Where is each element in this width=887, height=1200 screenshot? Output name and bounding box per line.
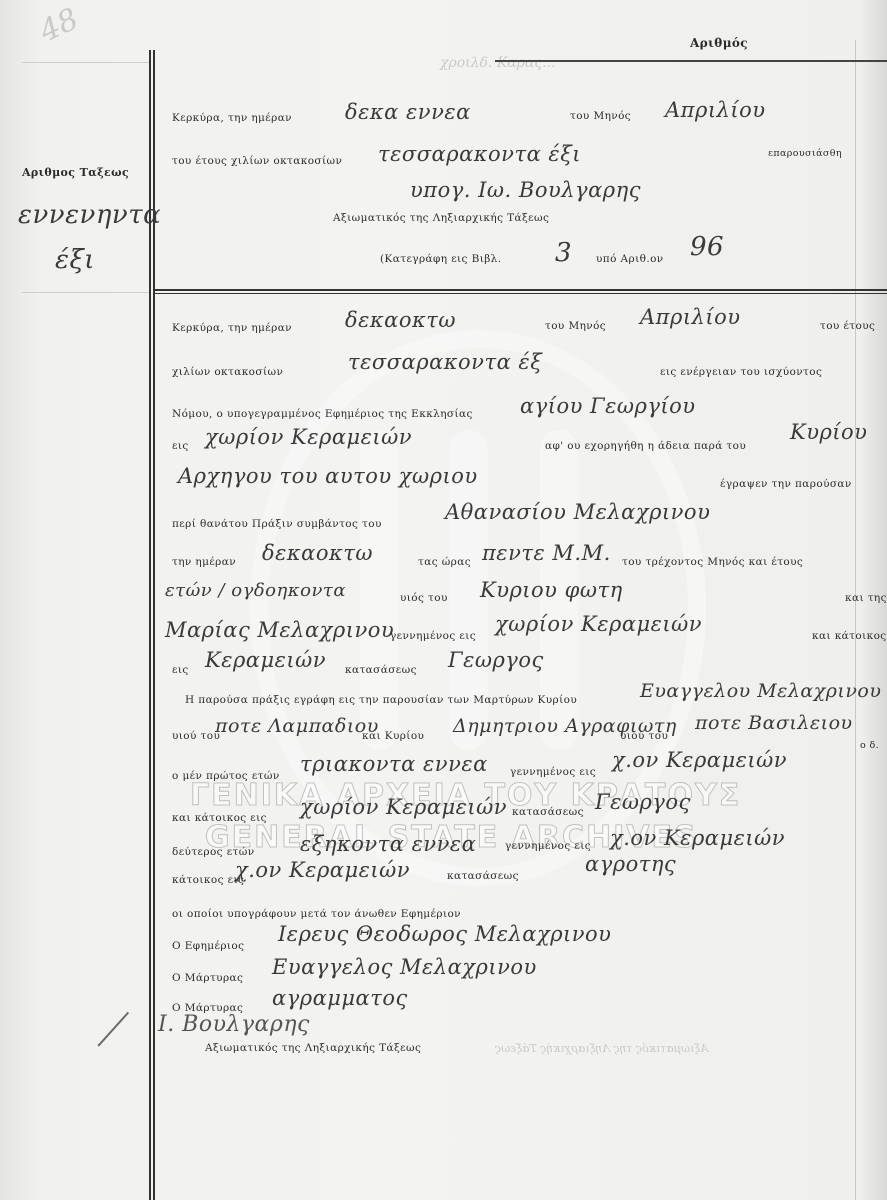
- presented-label: επαρουσιάσθη: [768, 148, 842, 159]
- witness1-father: ποτε Λαμπαδιου: [215, 715, 379, 737]
- bleed-through-text: 48: [34, 2, 83, 50]
- second-born-label: γεννημένος εις: [505, 840, 591, 852]
- order-number-label: Αριθμος Ταξεως: [22, 166, 129, 179]
- first-birthplace-value: χ.ον Κεραμειών: [612, 748, 787, 772]
- header-rule: [495, 60, 887, 62]
- and-mother-label: και της: [845, 592, 887, 604]
- born-in-label: γεννημένος εις: [390, 630, 476, 642]
- officer-signature: Ι. Βουλγαρης: [158, 1012, 310, 1037]
- witness2-signature: αγραμματος: [272, 986, 408, 1010]
- first-age-value: τριακοντα εννεα: [300, 752, 488, 776]
- witness1-son-label: υιού του: [172, 730, 220, 742]
- witness-intro: Η παρούσα πράξις εγράφη εις την παρουσία…: [185, 694, 577, 706]
- occupation-label: κατασάσεως: [345, 664, 417, 676]
- village-value: χωρίον Κεραμειών: [205, 425, 412, 449]
- priest-signature: Ιερευς Θεοδωρος Μελαχρινου: [278, 922, 611, 946]
- record-year-value: τεσσαρακοντα έξ: [348, 350, 542, 374]
- second-birthplace-value: χ.ον Κεραμειών: [610, 826, 785, 850]
- age-value: ετών / ογδοηκοντα: [165, 580, 346, 601]
- permission-label: αφ' ου εχορηγήθη η άδεια παρά του: [545, 440, 746, 452]
- witness1-signature: Ευαγγελος Μελαχρινου: [272, 955, 537, 979]
- witness2-son-label: υιού του: [620, 730, 668, 742]
- death-act-label: περί θανάτου Πράξιν συμβάντος του: [172, 518, 382, 530]
- church-value: αγίου Γεωργίου: [520, 394, 696, 418]
- document-page: 48 χροιλδ. Καρας... ΓΕΝΙΚΑ ΑΡΧΕΙΑ ΤΟΥ ΚΡ…: [0, 0, 887, 1200]
- right-edge-rule: [855, 40, 856, 1200]
- presentation-day-label: Κερκύρα, την ημέραν: [172, 112, 292, 124]
- residence-value: Κεραμειών: [205, 648, 326, 672]
- occupation-value: Γεωργος: [448, 648, 544, 672]
- priest-signature-label: Ο Εφημέριος: [172, 940, 244, 952]
- and-mr-label: και Κυρίου: [362, 730, 424, 742]
- record-day-value: δεκαοκτω: [345, 308, 456, 332]
- first-resident-label: και κάτοικος εις: [172, 812, 267, 824]
- mother-name: Μαρίας Μελαχρινου: [165, 618, 394, 642]
- left-column-divider: [22, 292, 149, 293]
- signers-line: οι οποίοι υπογράφουν μετά τον άνωθεν Εφη…: [172, 908, 461, 920]
- death-day-label: την ημέραν: [172, 556, 236, 568]
- witness1-signature-label: Ο Μάρτυρας: [172, 972, 243, 984]
- presentation-year-value: τεσσαρακοντα έξι: [378, 142, 581, 166]
- left-column-divider: [22, 62, 149, 63]
- record-day-label: Κερκύρα, την ημέραν: [172, 322, 292, 334]
- resident-label: και κάτοικος: [812, 630, 887, 642]
- village-label: εις: [172, 440, 189, 452]
- first-born-label: γεννημένος εις: [510, 766, 596, 778]
- hour-value: πεντε Μ.Μ.: [482, 541, 611, 565]
- record-month-label: του Μηνός: [545, 320, 606, 332]
- wrote-label: έγραψεν την παρούσαν: [720, 478, 852, 490]
- law-label: εις ενέργειαν του ισχύοντος: [660, 366, 822, 378]
- birthplace-value: χωρίον Κεραμειών: [495, 612, 702, 636]
- presentation-signature: υπογ. Ιω. Βουλγαρης: [410, 178, 641, 202]
- presentation-year-label: του έτους χιλίων οκτακοσίων: [172, 155, 342, 167]
- father-name: Κυριου φωτη: [480, 578, 623, 602]
- residence-label: εις: [172, 664, 189, 676]
- second-residence-value: χ.ον Κεραμειών: [235, 858, 410, 882]
- priest-church-label: Νόμου, ο υπογεγραμμένος Εφημέριος της Εκ…: [172, 408, 473, 420]
- order-number-value: εννενηντα: [18, 200, 161, 230]
- side-note: ο δ.: [860, 740, 879, 751]
- presentation-month-label: του Μηνός: [570, 110, 631, 122]
- second-age-value: εξηκοντα εννεα: [300, 832, 476, 856]
- witness2-father: ποτε Βασιλειου: [695, 712, 853, 734]
- record-year-prefix: χιλίων οκτακοσίων: [172, 366, 283, 378]
- witness1-name: Ευαγγελου Μελαχρινου: [640, 680, 881, 702]
- registry-number-value: 96: [690, 232, 724, 262]
- registry-prefix-label: (Κατεγράφη εις Βιβλ.: [380, 253, 501, 265]
- authority-continued: Αρχηγου του αυτου χωριου: [178, 464, 478, 488]
- top-margin-note: χροιλδ. Καρας...: [440, 55, 556, 71]
- first-occupation-label: κατασάσεως: [512, 806, 584, 818]
- first-age-label: ο μέν πρώτος ετών: [172, 770, 280, 782]
- current-month-label: του τρέχοντος Μηνός και έτους: [622, 556, 803, 568]
- second-occupation-label: κατασάσεως: [447, 870, 519, 882]
- number-label: Αριθμός: [690, 36, 748, 50]
- presentation-officer-label: Αξιωματικός της Ληξιαρχικής Τάξεως: [333, 212, 549, 224]
- presentation-month-value: Απριλίου: [665, 98, 766, 122]
- pen-stroke: [97, 1012, 128, 1046]
- first-occupation-value: Γεωργος: [595, 790, 691, 814]
- second-occupation-value: αγροτης: [585, 852, 676, 876]
- order-number-value-2: έξι: [55, 245, 95, 275]
- registry-number-label: υπό Αριθ.ον: [596, 253, 664, 265]
- registry-book-value: 3: [555, 238, 572, 268]
- section-divider: [155, 289, 887, 294]
- second-age-label: δεύτερος ετών: [172, 846, 255, 858]
- presentation-day-value: δεκα εννεα: [345, 100, 471, 124]
- deceased-name: Αθανασίου Μελαχρινου: [445, 500, 710, 524]
- hour-label: τας ώρας: [418, 556, 471, 568]
- record-year-label: του έτους: [820, 320, 875, 332]
- authority-value: Κυρίου: [790, 420, 867, 444]
- second-resident-label: κάτοικος εις: [172, 874, 244, 886]
- officer-signature-label: Αξιωματικός της Ληξιαρχικής Τάξεως: [205, 1042, 421, 1054]
- death-day-value: δεκαοκτω: [262, 541, 373, 565]
- bleed-through-officer-label: Αξιωματικός της Ληξιαρχικής Τάξεως: [495, 1042, 708, 1055]
- record-month-value: Απριλίου: [640, 305, 741, 329]
- first-residence-value: χωρίον Κεραμειών: [300, 795, 507, 819]
- son-of-label: υιός του: [400, 592, 448, 604]
